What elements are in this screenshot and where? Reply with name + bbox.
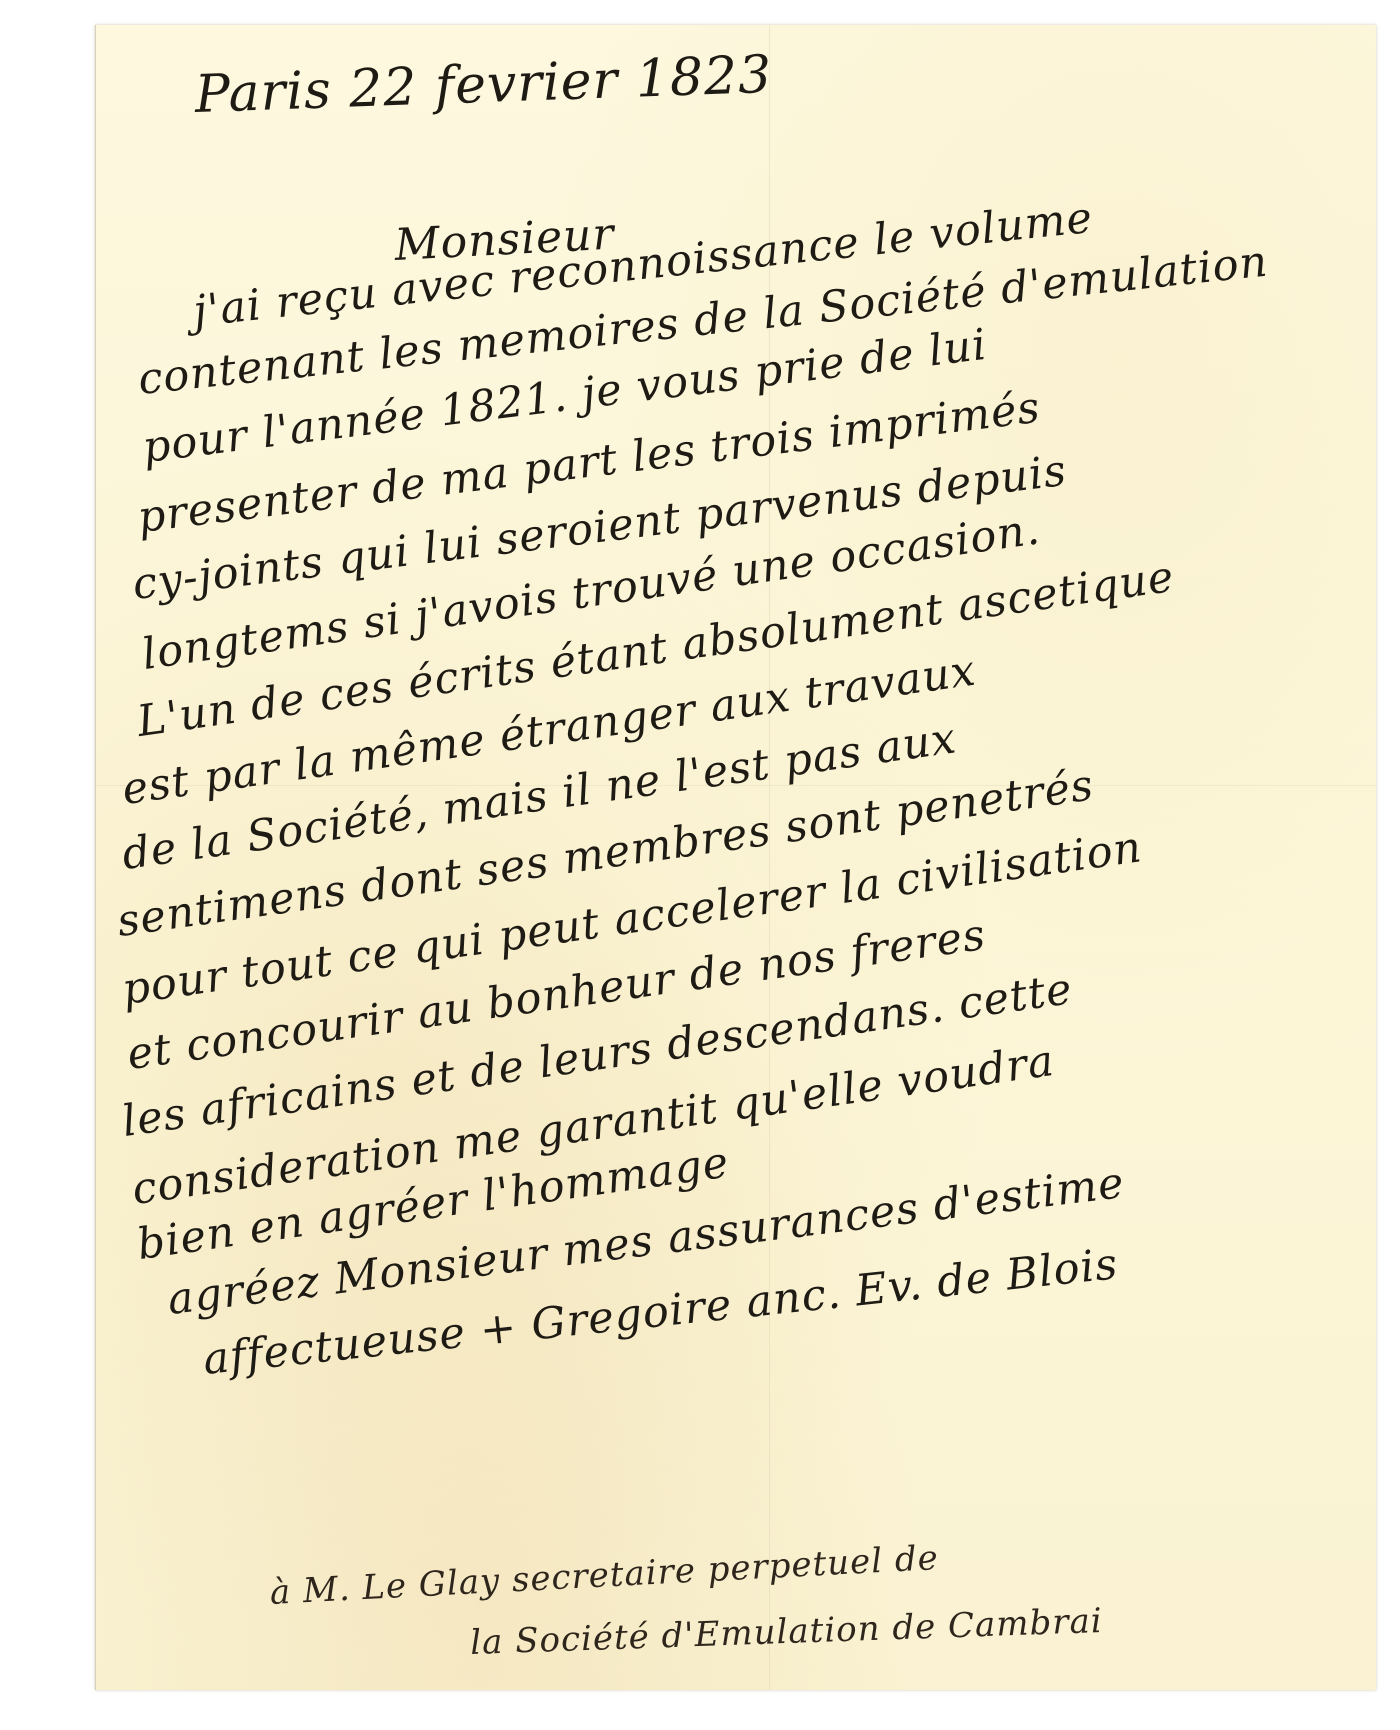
dateline: Paris 22 fevrier 1823 (194, 45, 773, 125)
address-line: à M. Le Glay secretaire perpetuel de (269, 1538, 940, 1613)
letter-page: Paris 22 fevrier 1823 Monsieur j'ai reçu… (95, 25, 1376, 1690)
address-line: la Société d'Emulation de Cambrai (470, 1601, 1104, 1663)
